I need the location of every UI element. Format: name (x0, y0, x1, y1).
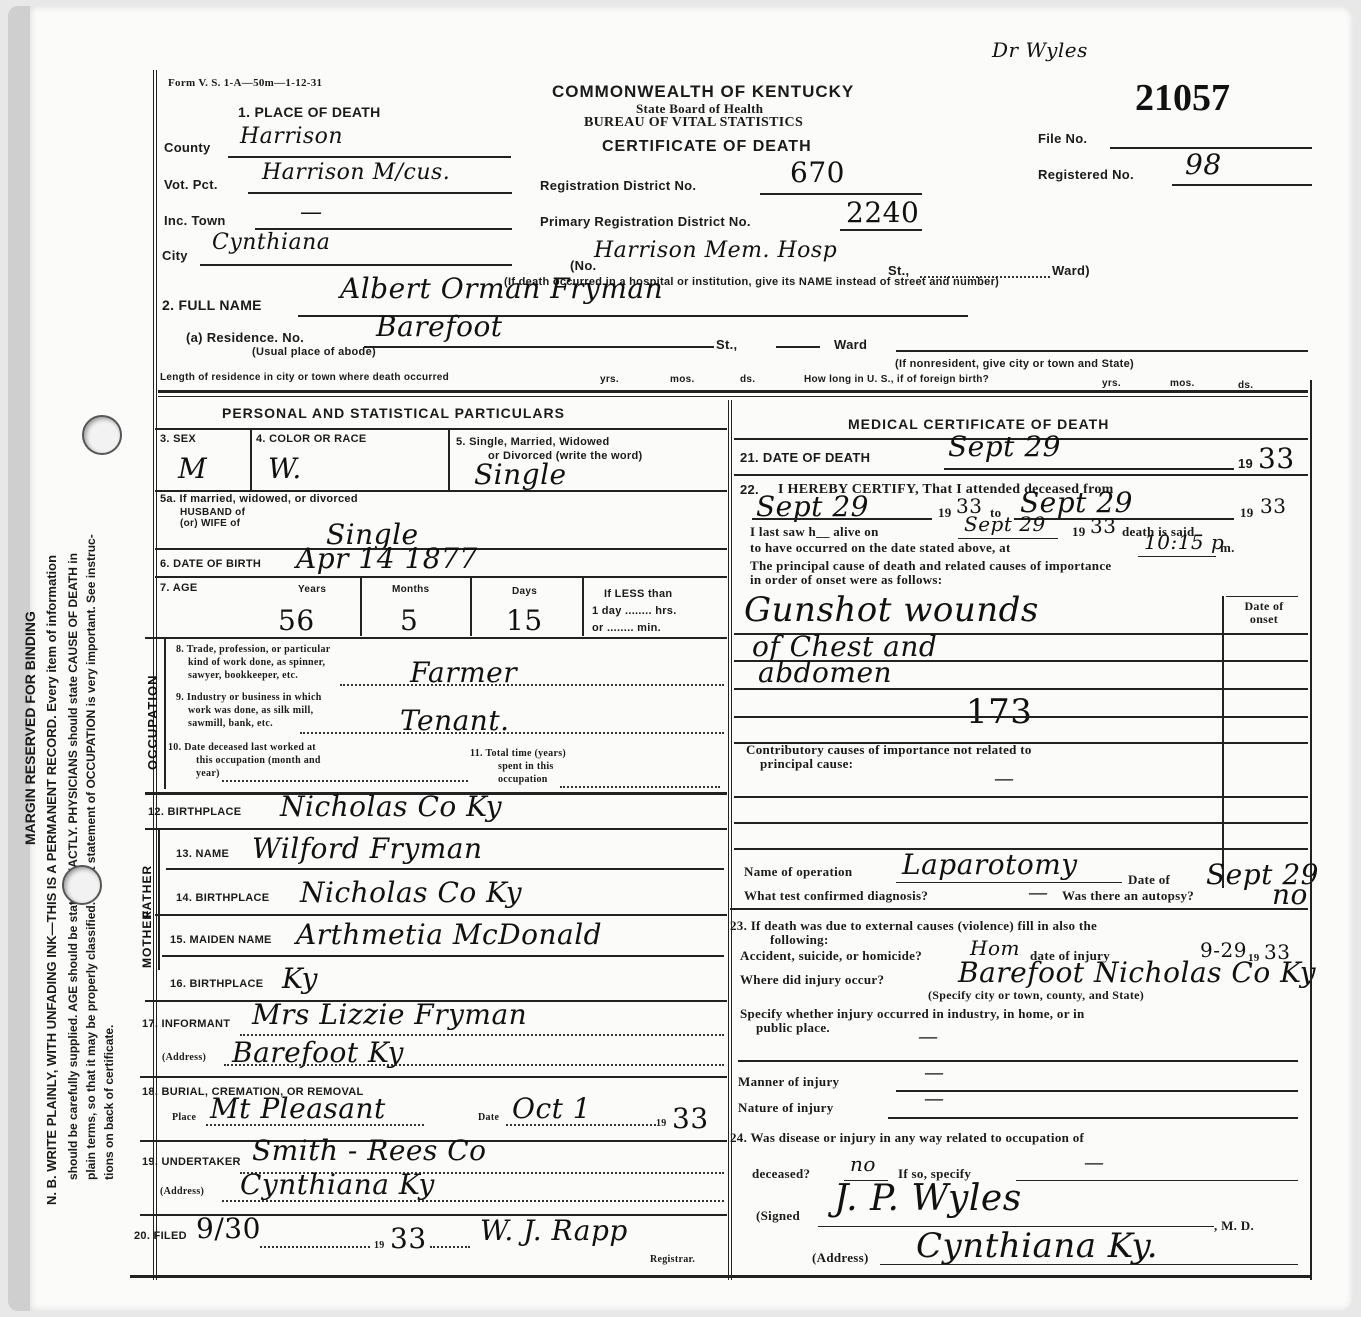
foreign-birth-label: How long in U. S., if of foreign birth? (804, 374, 989, 385)
test-label: What test confirmed diagnosis? (744, 888, 928, 904)
time-of-death-value[interactable]: 10:15 p (1144, 530, 1224, 554)
sex-label: 3. SEX (160, 433, 196, 445)
length-of-residence-label: Length of residence in city or town wher… (160, 372, 449, 383)
city-value[interactable]: Cynthiana (212, 230, 330, 255)
race-value[interactable]: W. (268, 452, 302, 485)
burial-date-label: Date (478, 1112, 499, 1123)
age-label: 7. AGE (160, 582, 197, 594)
margin-instruction-4: tions on back of certificate. (102, 1025, 116, 1180)
header-bureau: BUREAU OF VITAL STATISTICS (584, 115, 803, 131)
autopsy-value[interactable]: no (1272, 878, 1308, 911)
mother-side-label: MOTHER (140, 910, 154, 968)
header-commonwealth: COMMONWEALTH OF KENTUCKY (552, 82, 854, 102)
spouse-label-3: (or) WIFE of (180, 518, 240, 529)
length-yrs-label: yrs. (600, 374, 619, 385)
registrar-signature: W. J. Rapp (480, 1214, 628, 1247)
physician-signature: J. P. Wyles (834, 1178, 1022, 1219)
margin-instruction-3: plain terms, so that it may be properly … (84, 534, 98, 1180)
operation-date-label: Date of (1128, 872, 1170, 888)
race-label: 4. COLOR OR RACE (256, 433, 367, 445)
registration-district-label: Registration District No. (540, 178, 696, 193)
vot-pct-label: Vot. Pct. (164, 177, 218, 192)
filed-date-value[interactable]: 9/30 (196, 1212, 261, 1245)
signature-address-label: (Address) (812, 1250, 869, 1266)
burial-place-value[interactable]: Mt Pleasant (210, 1092, 386, 1125)
operation-value[interactable]: Laparotomy (902, 848, 1078, 881)
father-name-value[interactable]: Wilford Fryman (252, 832, 483, 865)
hospital-ward-label: Ward) (1052, 263, 1090, 278)
years-label: Years (298, 584, 326, 595)
birthplace-value[interactable]: Nicholas Co Ky (280, 790, 502, 823)
months-label: Months (392, 584, 429, 595)
less-than-label-3: or ........ min. (592, 622, 661, 634)
last-saw-year-value[interactable]: 33 (1090, 514, 1116, 538)
days-value[interactable]: 15 (506, 604, 543, 637)
contributory-label-2: principal cause: (760, 756, 853, 772)
inc-town-label: Inc. Town (164, 213, 226, 228)
external-label-2: following: (770, 932, 829, 948)
residence-ward-label: Ward (834, 337, 867, 352)
foreign-mos-label: mos. (1170, 378, 1195, 389)
less-than-label-1: If LESS than (604, 588, 672, 600)
registered-no-label: Registered No. (1038, 167, 1134, 182)
if-so-specify-value[interactable]: — (1084, 1150, 1105, 1174)
form-number: Form V. S. 1-A—50m—1-12-31 (168, 77, 322, 89)
operation-label: Name of operation (744, 864, 852, 880)
binding-margin-note: MARGIN RESERVED FOR BINDING (22, 611, 38, 845)
filed-year-prefix: 19 (374, 1240, 385, 1251)
last-worked-label-3: year) (196, 768, 220, 779)
residence-sublabel: (Usual place of abode) (252, 346, 376, 358)
length-ds-label: ds. (740, 374, 755, 385)
undertaker-address-value[interactable]: Cynthiana Ky (240, 1168, 435, 1201)
burial-year-value[interactable]: 33 (672, 1102, 709, 1135)
less-than-label-2: 1 day ........ hrs. (592, 605, 677, 617)
foreign-yrs-label: yrs. (1102, 378, 1121, 389)
attended-to-year-value[interactable]: 33 (1260, 494, 1286, 518)
father-birthplace-value[interactable]: Nicholas Co Ky (300, 876, 522, 909)
total-time-label-1: 11. Total time (years) (470, 748, 566, 759)
spouse-label-2: HUSBAND of (180, 507, 245, 518)
undertaker-label: 19. UNDERTAKER (142, 1156, 241, 1168)
years-value[interactable]: 56 (278, 604, 315, 637)
specify-place-label-2: public place. (756, 1020, 830, 1036)
filed-label: 20. FILED (134, 1230, 187, 1242)
attended-to-year-19: 19 (1240, 505, 1254, 521)
form-center-divider (728, 400, 732, 1280)
sex-value[interactable]: M (178, 452, 207, 485)
test-value[interactable]: — (1028, 880, 1049, 904)
manner-value[interactable]: — (924, 1060, 945, 1084)
months-value[interactable]: 5 (400, 604, 418, 637)
county-label: County (164, 140, 211, 155)
manner-label: Manner of injury (738, 1074, 839, 1090)
signed-label: (Signed (756, 1208, 800, 1224)
trade-label-2: kind of work done, as spinner, (188, 657, 325, 668)
contributory-value[interactable]: — (994, 766, 1015, 790)
last-saw-year-19: 19 (1072, 524, 1086, 540)
trade-label-3: sawyer, bookkeeper, etc. (188, 670, 298, 681)
residence-value[interactable]: Barefoot (376, 310, 503, 343)
undertaker-value[interactable]: Smith - Rees Co (252, 1134, 487, 1167)
industry-label-1: 9. Industry or business in which (176, 692, 322, 703)
nonresident-note: (If nonresident, give city or town and S… (895, 358, 1134, 370)
occupation-related-value[interactable]: no (850, 1152, 876, 1176)
burial-place-label: Place (172, 1112, 196, 1123)
primary-district-value[interactable]: 2240 (846, 196, 919, 229)
punch-hole-bottom (62, 865, 102, 905)
days-label: Days (512, 586, 537, 597)
mother-maiden-value[interactable]: Arthmetia McDonald (296, 918, 602, 951)
date-of-onset-label: Date of onset (1232, 600, 1296, 626)
personal-section-title: PERSONAL AND STATISTICAL PARTICULARS (222, 405, 565, 421)
full-name-label: 2. FULL NAME (162, 297, 262, 313)
specify-location-note: (Specify city or town, county, and State… (928, 988, 1144, 1003)
primary-district-label: Primary Registration District No. (540, 214, 751, 229)
informant-address-label: (Address) (162, 1052, 206, 1063)
dod-value[interactable]: Sept 29 (948, 430, 1061, 463)
occupation-side-label: OCCUPATION (145, 675, 160, 770)
last-saw-label: I last saw h__ alive on (750, 524, 879, 540)
spouse-label-1: 5a. If married, widowed, or divorced (160, 493, 358, 505)
informant-value[interactable]: Mrs Lizzie Fryman (252, 998, 527, 1031)
city-label: City (162, 248, 188, 263)
last-worked-label-2: this occupation (month and (196, 755, 321, 766)
filed-year-value[interactable]: 33 (390, 1222, 427, 1255)
vot-pct-value[interactable]: Harrison M/cus. (262, 160, 450, 185)
form-right-border (1310, 380, 1312, 1280)
father-name-label: 13. NAME (176, 848, 229, 860)
specify-place-value[interactable]: — (918, 1024, 939, 1048)
birthplace-label: 12. BIRTHPLACE (148, 806, 241, 818)
residence-st-label: St., (716, 337, 737, 352)
m-label: m. (1220, 540, 1235, 556)
nature-label: Nature of injury (738, 1100, 834, 1116)
cause-line-1[interactable]: Gunshot wounds (744, 590, 1039, 630)
cause-line-3[interactable]: abdomen (758, 656, 892, 689)
mother-maiden-label: 15. MAIDEN NAME (170, 934, 272, 946)
marital-label-1: 5. Single, Married, Widowed (456, 436, 609, 448)
place-of-death-label: 1. PLACE OF DEATH (238, 104, 381, 120)
registration-district-value[interactable]: 670 (790, 156, 845, 189)
undertaker-address-label: (Address) (160, 1186, 204, 1197)
residence-label: (a) Residence. No. (186, 330, 304, 345)
autopsy-label: Was there an autopsy? (1062, 888, 1194, 904)
dod-year-prefix: 19 (1238, 456, 1253, 471)
length-mos-label: mos. (670, 374, 695, 385)
registrar-label: Registrar. (650, 1254, 695, 1265)
total-time-label-3: occupation (498, 774, 548, 785)
mother-birthplace-value[interactable]: Ky (282, 962, 318, 995)
burial-year-prefix: 19 (656, 1118, 667, 1129)
occupation-related-label-2: deceased? (752, 1166, 810, 1182)
dob-value[interactable]: Apr 14 1877 (296, 542, 478, 575)
dod-year-value[interactable]: 33 (1258, 442, 1295, 475)
last-saw-value[interactable]: Sept 29 (964, 512, 1046, 536)
principal-cause-label-2: in order of onset were as follows: (750, 572, 942, 588)
attended-from-year-19: 19 (938, 505, 952, 521)
injury-type-label: Accident, suicide, or homicide? (740, 948, 922, 964)
nature-value[interactable]: — (924, 1086, 945, 1110)
file-no-label: File No. (1038, 131, 1087, 146)
cause-code: 173 (966, 692, 1032, 732)
occurred-label: to have occurred on the date stated abov… (750, 540, 1011, 556)
header-certificate: CERTIFICATE OF DEATH (602, 138, 812, 156)
stamped-number: 21057 (1135, 76, 1230, 120)
trade-label-1: 8. Trade, profession, or particular (176, 644, 330, 655)
informant-label: 17. INFORMANT (142, 1018, 230, 1030)
registered-no-value[interactable]: 98 (1185, 148, 1222, 181)
last-worked-label-1: 10. Date deceased last worked at (168, 742, 316, 753)
signature-address-value[interactable]: Cynthiana Ky. (916, 1226, 1158, 1266)
mother-birthplace-label: 16. BIRTHPLACE (170, 978, 263, 990)
full-name-value[interactable]: Albert Orman Fryman (340, 272, 663, 305)
margin-instruction-1: N. B. WRITE PLAINLY, WITH UNFADING INK—T… (44, 555, 59, 1205)
industry-label-2: work was done, as silk mill, (188, 705, 313, 716)
dod-label: 21. DATE OF DEATH (740, 450, 870, 465)
father-birthplace-label: 14. BIRTHPLACE (176, 892, 269, 904)
injury-where-label: Where did injury occur? (740, 972, 884, 988)
county-value[interactable]: Harrison (240, 124, 343, 149)
hospital-no-label: (No. (570, 258, 596, 273)
punch-hole-top (82, 415, 122, 455)
injury-where-value[interactable]: Barefoot Nicholas Co Ky (958, 956, 1316, 989)
occupation-related-label-1: 24. Was disease or injury in any way rel… (730, 1130, 1084, 1146)
dob-label: 6. DATE OF BIRTH (160, 558, 261, 570)
burial-date-value[interactable]: Oct 1 (512, 1092, 591, 1125)
industry-label-3: sawmill, bank, etc. (188, 718, 273, 729)
marital-value[interactable]: Single (474, 458, 567, 491)
md-label: , M. D. (1214, 1218, 1254, 1234)
total-time-label-2: spent in this (498, 761, 554, 772)
top-annotation: Dr Wyles (992, 38, 1088, 62)
inc-town-value[interactable]: — (300, 200, 323, 225)
hospital-name-value[interactable]: Harrison Mem. Hosp (594, 238, 837, 263)
